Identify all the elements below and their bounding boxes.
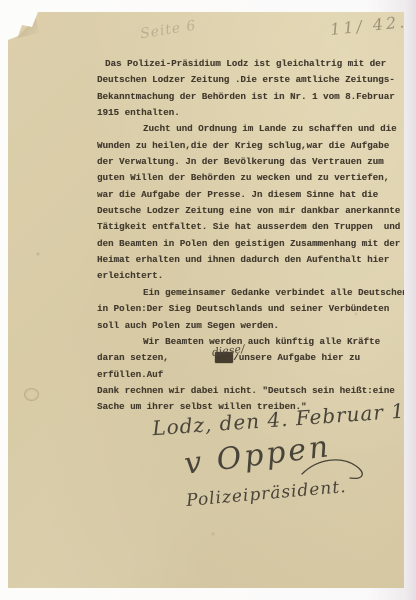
scanned-photo-background: Seite 6 11/ 42. Das Polizei-Präsidium Lo…: [0, 0, 416, 600]
typed-correction: diese/wir: [169, 350, 234, 366]
document-paper: Seite 6 11/ 42. Das Polizei-Präsidium Lo…: [8, 12, 404, 588]
typed-text-block: Das Polizei-Präsidium Lodz ist gleichalt…: [97, 56, 416, 416]
paragraph-3: Ein gemeinsamer Gedanke verbindet alle D…: [97, 285, 416, 334]
embossed-mark: [24, 388, 39, 401]
paragraph-1: Das Polizei-Präsidium Lodz ist gleichalt…: [97, 56, 416, 121]
paragraph-2: Zucht und Ordnung im Lande zu schaffen u…: [97, 121, 416, 284]
corner-fold: [12, 17, 39, 38]
pencil-note-page: Seite 6: [139, 18, 197, 43]
signer-title: Polizeipräsident.: [185, 477, 347, 511]
pencil-note-archive: 11/ 42.: [329, 12, 408, 39]
